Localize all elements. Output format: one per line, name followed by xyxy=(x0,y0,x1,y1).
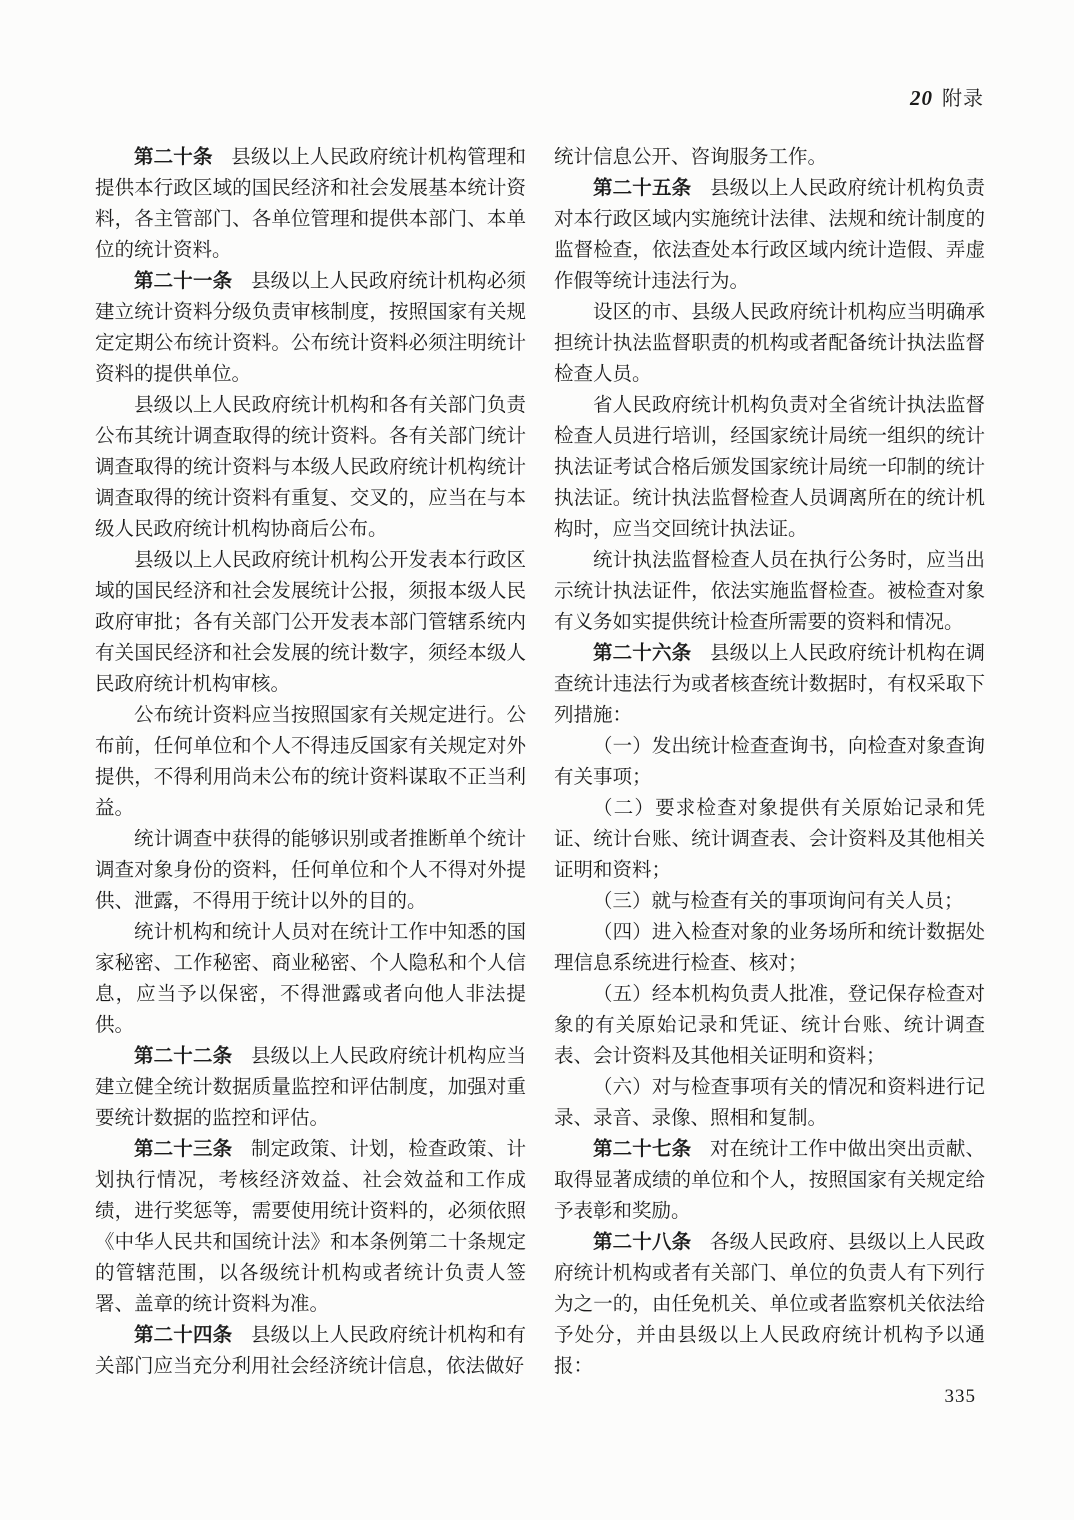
paragraph: （五）经本机构负责人批准，登记保存检查对象的有关原始记录和凭证、统计台账、统计调… xyxy=(554,979,985,1072)
article-paragraph: 第二十一条县级以上人民政府统计机构必须建立统计资料分级负责审核制度，按照国家有关… xyxy=(95,266,526,390)
paragraph: （二）要求检查对象提供有关原始记录和凭证、统计台账、统计调查表、会计资料及其他相… xyxy=(554,793,985,886)
article-number: 第二十条 xyxy=(134,147,213,168)
chapter-number: 20 xyxy=(910,86,933,110)
article-paragraph: 第二十八条各级人民政府、县级以上人民政府统计机构或者有关部门、单位的负责人有下列… xyxy=(554,1227,985,1382)
paragraph: 统计信息公开、咨询服务工作。 xyxy=(554,142,985,173)
article-number: 第二十七条 xyxy=(593,1139,691,1160)
article-number: 第二十二条 xyxy=(134,1046,232,1067)
text-column-right: 统计信息公开、咨询服务工作。第二十五条县级以上人民政府统计机构负责对本行政区域内… xyxy=(554,142,985,1382)
paragraph: 统计调查中获得的能够识别或者推断单个统计调查对象身份的资料，任何单位和个人不得对… xyxy=(95,824,526,917)
chapter-title: 附录 xyxy=(942,88,984,110)
paragraph: 县级以上人民政府统计机构公开发表本行政区域的国民经济和社会发展统计公报，须报本级… xyxy=(95,545,526,700)
article-paragraph: 第二十四条县级以上人民政府统计机构和有关部门应当充分利用社会经济统计信息，依法做… xyxy=(95,1320,526,1382)
text-body: 第二十条县级以上人民政府统计机构管理和提供本行政区域的国民经济和社会发展基本统计… xyxy=(95,142,985,1382)
paragraph: 省人民政府统计机构负责对全省统计执法监督检查人员进行培训，经国家统计局统一组织的… xyxy=(554,390,985,545)
paragraph: （六）对与检查事项有关的情况和资料进行记录、录音、录像、照相和复制。 xyxy=(554,1072,985,1134)
page-number: 335 xyxy=(945,1386,977,1408)
article-number: 第二十一条 xyxy=(134,271,232,292)
article-number: 第二十三条 xyxy=(134,1139,232,1160)
article-paragraph: 第二十七条对在统计工作中做出突出贡献、取得显著成绩的单位和个人，按照国家有关规定… xyxy=(554,1134,985,1227)
paragraph: 县级以上人民政府统计机构和各有关部门负责公布其统计调查取得的统计资料。各有关部门… xyxy=(95,390,526,545)
text-column-left: 第二十条县级以上人民政府统计机构管理和提供本行政区域的国民经济和社会发展基本统计… xyxy=(95,142,526,1382)
article-number: 第二十四条 xyxy=(134,1325,232,1346)
article-paragraph: 第二十条县级以上人民政府统计机构管理和提供本行政区域的国民经济和社会发展基本统计… xyxy=(95,142,526,266)
article-paragraph: 第二十二条县级以上人民政府统计机构应当建立健全统计数据质量监控和评估制度，加强对… xyxy=(95,1041,526,1134)
article-paragraph: 第二十三条制定政策、计划，检查政策、计划执行情况，考核经济效益、社会效益和工作成… xyxy=(95,1134,526,1320)
paragraph: 统计执法监督检查人员在执行公务时，应当出示统计执法证件，依法实施监督检查。被检查… xyxy=(554,545,985,638)
running-head: 20附录 xyxy=(910,82,984,111)
article-number: 第二十六条 xyxy=(593,643,691,664)
paragraph: （一）发出统计检查查询书，向检查对象查询有关事项； xyxy=(554,731,985,793)
paragraph: （三）就与检查有关的事项询问有关人员； xyxy=(554,886,985,917)
paragraph: 公布统计资料应当按照国家有关规定进行。公布前，任何单位和个人不得违反国家有关规定… xyxy=(95,700,526,824)
paragraph: 设区的市、县级人民政府统计机构应当明确承担统计执法监督职责的机构或者配备统计执法… xyxy=(554,297,985,390)
paragraph: 统计机构和统计人员对在统计工作中知悉的国家秘密、工作秘密、商业秘密、个人隐私和个… xyxy=(95,917,526,1041)
paragraph: （四）进入检查对象的业务场所和统计数据处理信息系统进行检查、核对； xyxy=(554,917,985,979)
article-number: 第二十五条 xyxy=(593,178,691,199)
article-paragraph: 第二十五条县级以上人民政府统计机构负责对本行政区域内实施统计法律、法规和统计制度… xyxy=(554,173,985,297)
article-number: 第二十八条 xyxy=(593,1232,691,1253)
document-page: 20附录 第二十条县级以上人民政府统计机构管理和提供本行政区域的国民经济和社会发… xyxy=(0,0,1074,1520)
article-paragraph: 第二十六条县级以上人民政府统计机构在调查统计违法行为或者核查统计数据时，有权采取… xyxy=(554,638,985,731)
